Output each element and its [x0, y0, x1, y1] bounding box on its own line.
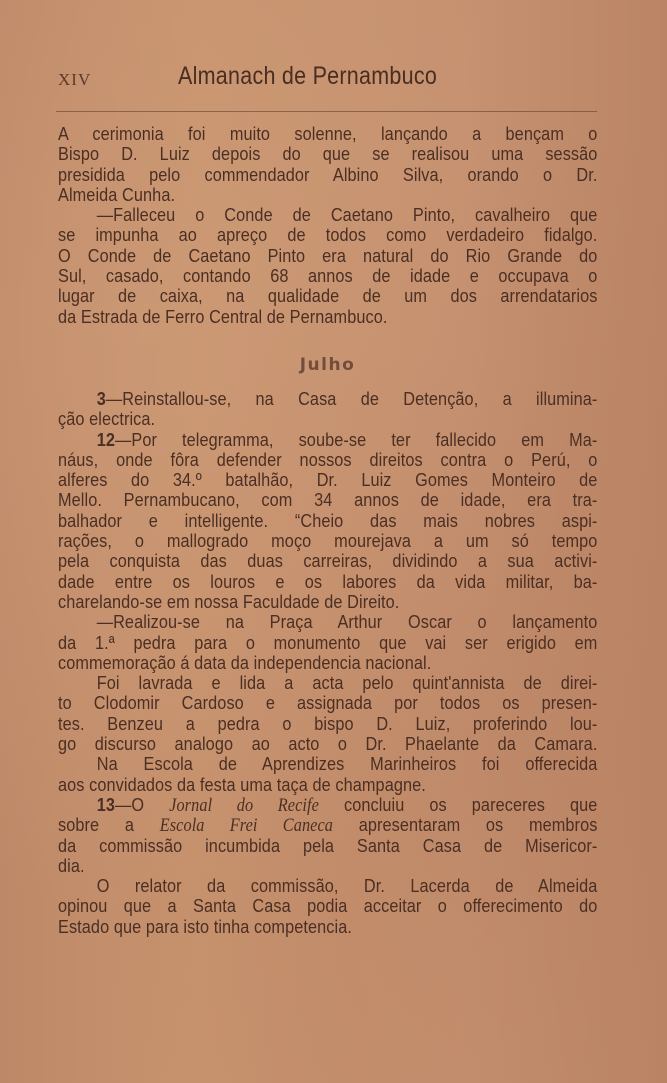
- text-line: —Falleceu o Conde de Caetano Pinto, cava…: [58, 205, 597, 225]
- body-text: A cerimonia foi muito solenne, lançando …: [58, 124, 597, 937]
- almanac-page: XIV Almanach de Pernambuco A cerimonia f…: [0, 0, 667, 1083]
- entry-escola-aprendizes: Na Escola de Aprendizes Marinheiros foi …: [58, 754, 597, 795]
- text-line: A cerimonia foi muito solenne, lançando …: [58, 124, 597, 144]
- entry-text: apresentaram os membros: [333, 814, 597, 835]
- text-line: tes. Benzeu a pedra o bispo D. Luiz, pro…: [58, 714, 597, 734]
- entry-monument-stone: —Realizou-se na Praça Arthur Oscar o lan…: [58, 612, 597, 673]
- paragraph-conde-caetano-pinto: —Falleceu o Conde de Caetano Pinto, cava…: [58, 205, 597, 327]
- text-line: dade entre os louros e os labores da vid…: [58, 572, 597, 592]
- entry-acta: Foi lavrada e lida a acta pelo quint'ann…: [58, 673, 597, 754]
- paragraph-ceremony: A cerimonia foi muito solenne, lançando …: [58, 124, 597, 205]
- text-line: Bispo D. Luiz depois do que se realisou …: [58, 144, 597, 164]
- text-line: to Clodomir Cardoso e assignada por todo…: [58, 693, 597, 713]
- text-line: aos convidados da festa uma taça de cham…: [58, 775, 597, 795]
- entry-day-number: 13: [97, 794, 115, 815]
- text-line: se impunha ao apreço de todos como verda…: [58, 225, 597, 245]
- section-heading-month: Julho: [58, 343, 597, 387]
- entry-relator: O relator da commissão, Dr. Lacerda de A…: [58, 876, 597, 937]
- journal-title: Jornal do Recife: [169, 796, 319, 816]
- text-line: náus, onde fôra defender nossos direitos…: [58, 450, 597, 470]
- text-line: commemoração á data da independencia nac…: [58, 653, 597, 673]
- text-line: go discurso analogo ao acto o Dr. Phaela…: [58, 734, 597, 754]
- text-line: rações, o mallogrado moço mourejava a um…: [58, 531, 597, 551]
- entry-day-number: 3: [97, 388, 106, 409]
- page-number: XIV: [58, 70, 91, 90]
- entry-day-12: 12—Por telegramma, soube-se ter fallecid…: [58, 430, 597, 613]
- running-head: XIV Almanach de Pernambuco: [58, 62, 598, 102]
- text-line: alferes do 34.º batalhão, Dr. Luiz Gomes…: [58, 470, 597, 490]
- entry-day-number: 12: [97, 429, 115, 450]
- entry-text: —O: [115, 794, 169, 815]
- entry-text: concluiu os pareceres que: [319, 794, 597, 815]
- text-line: O relator da commissão, Dr. Lacerda de A…: [58, 876, 597, 896]
- text-line: lugar de caixa, na qualidade de um dos a…: [58, 286, 597, 306]
- text-line: da Estrada de Ferro Central de Pernambuc…: [58, 307, 597, 327]
- text-line: sobre a Escola Frei Caneca apresentaram …: [58, 815, 597, 835]
- text-line: balhador e intelligente. “Cheio das mais…: [58, 511, 597, 531]
- text-line: Sul, casado, contando 68 annos de idade …: [58, 266, 597, 286]
- text-line: ção electrica.: [58, 409, 597, 429]
- text-line: opinou que a Santa Casa podia acceitar o…: [58, 896, 597, 916]
- text-line: presidida pelo commendador Albino Silva,…: [58, 165, 597, 185]
- entry-text: —Por telegramma, soube-se ter fallecido …: [115, 429, 597, 450]
- text-line: dia.: [58, 856, 597, 876]
- entry-text: sobre a: [58, 814, 160, 835]
- text-line: 12—Por telegramma, soube-se ter fallecid…: [58, 430, 597, 450]
- entry-text: —Reinstallou-se, na Casa de Detenção, a …: [106, 388, 598, 409]
- running-title: Almanach de Pernambuco: [178, 62, 437, 91]
- text-line: 3—Reinstallou-se, na Casa de Detenção, a…: [58, 389, 597, 409]
- text-line: Na Escola de Aprendizes Marinheiros foi …: [58, 754, 597, 774]
- header-rule: [56, 111, 597, 112]
- school-name: Escola Frei Caneca: [160, 816, 333, 836]
- text-line: Mello. Pernambucano, com 34 annos de ida…: [58, 490, 597, 510]
- text-line: da commissão incumbida pela Santa Casa d…: [58, 836, 597, 856]
- text-line: —Realizou-se na Praça Arthur Oscar o lan…: [58, 612, 597, 632]
- text-line: Foi lavrada e lida a acta pelo quint'ann…: [58, 673, 597, 693]
- text-line: da 1.ª pedra para o monumento que vai se…: [58, 633, 597, 653]
- text-line: charelando-se em nossa Faculdade de Dire…: [58, 592, 597, 612]
- text-line: 13—O Jornal do Recife concluiu os parece…: [58, 795, 597, 815]
- text-line: O Conde de Caetano Pinto era natural do …: [58, 246, 597, 266]
- entry-day-3: 3—Reinstallou-se, na Casa de Detenção, a…: [58, 389, 597, 430]
- text-line: Almeida Cunha.: [58, 185, 597, 205]
- entry-day-13: 13—O Jornal do Recife concluiu os parece…: [58, 795, 597, 876]
- text-line: pela conquista das duas carreiras, divid…: [58, 551, 597, 571]
- text-line: Estado que para isto tinha competencia.: [58, 917, 597, 937]
